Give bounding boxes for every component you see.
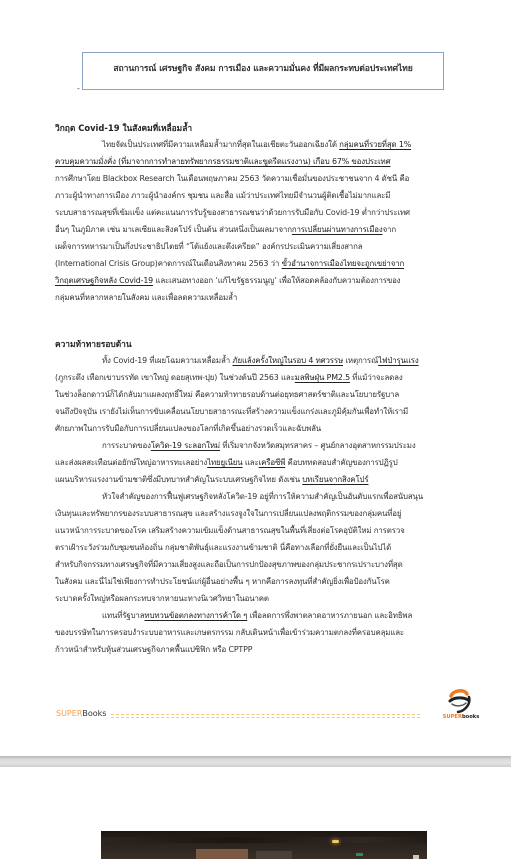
paragraph-line: ในช่วงล็อกดาวน์ก็ได้กลับมาแผลงฤทธิ์ใหม่ … [55, 386, 463, 403]
stray-dash: - [77, 84, 80, 93]
underlined-phrase: ขั้วอำนาจการเมืองไทยจะถูกเขย่าจาก [282, 259, 405, 268]
paragraph-line: วิกฤตเศรษฐกิจหลัง Covid-19 และเสนอทางออก… [55, 272, 463, 289]
paragraph-line: และส่งผลสะเทือนต่อยักษ์ใหญ่อาหารทะเลอย่า… [55, 454, 463, 471]
underlined-phrase: บทเรียนจากสิงคโปร์ [302, 475, 368, 484]
paragraph-line: ระบบสาธารณสุขที่เข้มแข็ง แต่คะแนนการรับร… [55, 204, 463, 221]
paragraph-line: ของบรรษัทในการครอบงำระบบอาหารและเกษตรกรร… [55, 624, 463, 641]
paragraph-line: แทนที่รัฐบาลทบทวนข้อตกลงทางการค้าใด ๆ เพ… [55, 607, 463, 624]
paragraph-line: เงินทุนและทรัพยากรของระบบสาธารณสุข และสร… [55, 505, 463, 522]
paragraph-line: การศึกษาโดย Blackbox Research ในเดือนพฤษ… [55, 170, 463, 187]
section-heading-covid-inequality: วิกฤต Covid-19 ในสังคมที่เหลื่อมล้ำ [55, 120, 463, 136]
underlined-phrase: วิกฤตเศรษฐกิจหลัง Covid-19 [55, 276, 153, 285]
section-heading-challenges: ความท้าทายรอบด้าน [55, 336, 463, 352]
paragraph-line: ควบคุมความมั่งคั่ง (ที่มาจากการทำลายทรัพ… [55, 153, 463, 170]
page-footer: SUPERBooks [56, 709, 462, 723]
document-body: วิกฤต Covid-19 ในสังคมที่เหลื่อมล้ำ ไทยจ… [55, 120, 463, 658]
paragraph-line: สำหรับกิจกรรมทางเศรษฐกิจที่มีความเสี่ยงส… [55, 556, 463, 573]
underlined-phrase: ไฟป่ารุนแรง [378, 356, 418, 365]
underlined-phrase: เครือซีพี [259, 458, 286, 467]
underlined-phrase: ภัยแล้งครั้งใหญ่ในรอบ 4 ทศวรรษ [232, 356, 343, 365]
paragraph-line: ในสังคม และนี่ไม่ใช่เพียงการทำประโยชน์แก… [55, 573, 463, 590]
underlined-phrase: ควบคุมความมั่งคั่ง (ที่มาจากการทำลายทรัพ… [55, 157, 390, 166]
document-title: สถานการณ์ เศรษฐกิจ สังคม การเมือง และควา… [83, 61, 443, 75]
paragraph-line: (International Crisis Group)คาดการณ์ในเด… [55, 255, 463, 272]
underlined-phrase: ทบทวนข้อตกลงทางการค้าใด ๆ [144, 611, 247, 620]
paragraph-line: ระบาดครั้งใหญ่หรือผลกระทบจากหายนะทางนิเว… [55, 590, 463, 607]
paragraph-line: ศักยภาพในการรับมือกับการเปลี่ยนแปลงของโล… [55, 420, 463, 437]
title-box: สถานการณ์ เศรษฐกิจ สังคม การเมือง และควา… [82, 52, 444, 90]
document-page-2 [0, 767, 511, 859]
underlined-phrase: โควิด-19 ระลอกใหม่ [151, 441, 220, 450]
footer-brand: SUPERBooks [56, 709, 106, 718]
paragraph-line: ก้าวหน้าสำหรับหุ้นส่วนเศรษฐกิจภาคพื้นแปซ… [55, 641, 463, 658]
paragraph-line: ทั้ง Covid-19 ที่เผยโฉมความเหลื่อมล้ำ ภั… [55, 352, 463, 369]
paragraph-line: เผด็จการทหารมาเป็นกึ่งประชาธิปไตยที่ “โต… [55, 238, 463, 255]
underlined-phrase: ไทยยูเนียน [207, 458, 242, 467]
underlined-phrase: มลพิษฝุ่น PM2.5 [295, 373, 350, 382]
page-photo [101, 831, 427, 859]
logo-wordmark: SUPERbooks [433, 714, 489, 720]
document-page-1: สถานการณ์ เศรษฐกิจ สังคม การเมือง และควา… [0, 0, 511, 767]
paragraph-line: จนถึงปัจจุบัน เรายังไม่เห็นการขับเคลื่อน… [55, 403, 463, 420]
superbooks-swirl-icon [445, 688, 473, 714]
superbooks-logo: SUPERbooks [433, 688, 489, 726]
paragraph-line: การระบาดของโควิด-19 ระลอกใหม่ ที่เริ่มจา… [55, 437, 463, 454]
paragraph-line: ภาวะผู้นำทางการเมือง ภาวะผู้นำองค์กร ชุม… [55, 187, 463, 204]
footer-dashed-rule [111, 714, 420, 718]
page-separator [0, 756, 511, 767]
underlined-phrase: การเปลี่ยนผ่านทางการเมือง [292, 225, 383, 234]
paragraph-line: แนวหน้าการระบาดของโรค เสริมสร้างความเข้ม… [55, 522, 463, 539]
paragraph-line: ไทยจัดเป็นประเทศที่มีความเหลื่อมล้ำมากที… [55, 136, 463, 153]
paragraph-line: (ภูกระดึง เทือกเขาบรรทัด เขาใหญ่ ดอยสุเท… [55, 369, 463, 386]
paragraph-line: อื่นๆ ในภูมิภาค เช่น มาเลเซียและสิงคโปร์… [55, 221, 463, 238]
paragraph-line: หัวใจสำคัญของการฟื้นฟูเศรษฐกิจหลังโควิด-… [55, 488, 463, 505]
paragraph-line: กลุ่มคนที่หลากหลายในสังคม และเพื่อลดความ… [55, 289, 463, 306]
paragraph-line: แผนบริหารแรงงานข้ามชาติซึ่งมีบทบาทสำคัญใ… [55, 471, 463, 488]
paragraph-line: ตราเฝ้าระวังร่วมกับชุมชนท้องถิ่น กลุ่มชา… [55, 539, 463, 556]
underlined-phrase: กลุ่มคนที่รวยที่สุด 1% [339, 140, 411, 149]
